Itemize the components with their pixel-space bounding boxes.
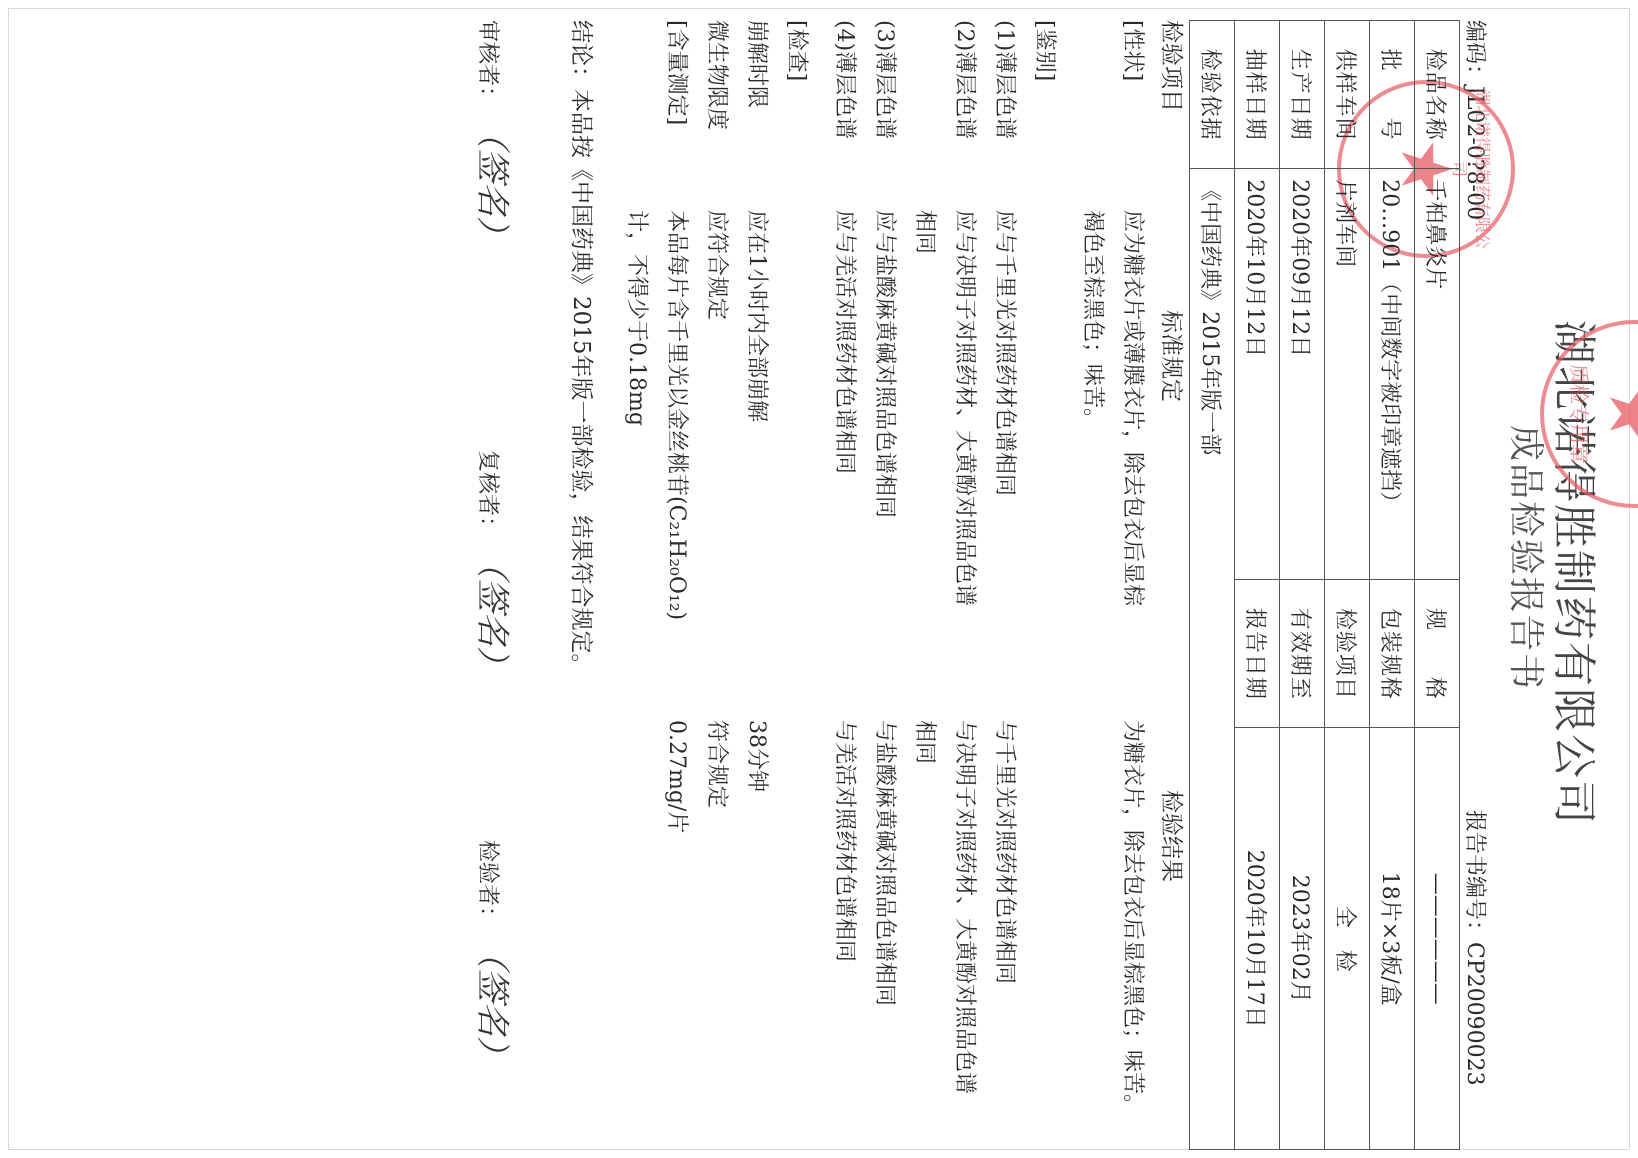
conclusion: 结论：本品按《中国药典》2015年版一部检验，结果符合规定。 [567, 20, 600, 677]
item-item: [性状] [1119, 20, 1150, 81]
meta-value: 全 检 [1325, 728, 1370, 1150]
item-item: [含量测定] [663, 20, 694, 125]
item-standard: 应与决明子对照药材、大黄酚对照品色谱 [951, 210, 982, 606]
meta-value: 2023年02月 [1280, 728, 1325, 1150]
meta-label: 规 格 [1415, 580, 1460, 728]
item-standard: 应与千里光对照药材色谱相同 [991, 210, 1022, 496]
document-title: 成品检验报告书 [1503, 425, 1554, 691]
item-standard: 应在1小时内全部崩解 [743, 210, 774, 422]
meta-value: 2020年10月17日 [1235, 728, 1280, 1150]
item-standard: 应与盐酸麻黄碱对照品色谱相同 [871, 210, 902, 518]
meta-value: 片剂车间 [1325, 169, 1370, 580]
item-result: 与决明子对照药材、大黄酚对照品色谱 [951, 720, 982, 1094]
star-icon: ★ [1593, 383, 1638, 446]
item-standard: 应与羌活对照药材色谱相同 [831, 210, 862, 474]
meta-label: 批 号 [1370, 21, 1415, 169]
item-result: 与千里光对照药材色谱相同 [991, 720, 1022, 984]
inspector-signature: 检验者：（签名） [471, 840, 520, 1070]
rechecker-signature: 复核者：（签名） [471, 450, 520, 680]
meta-row: 抽样日期2020年10月12日报告日期2020年10月17日 [1235, 21, 1280, 1150]
meta-label: 报告日期 [1235, 580, 1280, 728]
item-item: [检查] [783, 20, 814, 81]
item-standard: 相同 [911, 210, 942, 254]
item-standard: 计，不得少于0.18mg [623, 210, 654, 426]
meta-label: 有效期至 [1280, 580, 1325, 728]
column-header-standard: 标准规定 [1157, 310, 1190, 402]
item-item: (2)薄层色谱 [951, 20, 982, 139]
item-item: (1)薄层色谱 [991, 20, 1022, 139]
meta-row: 检品名称千柏鼻炎片规 格—————— [1415, 21, 1460, 1150]
item-result: 相同 [911, 720, 942, 764]
meta-value: 2020年10月12日 [1235, 169, 1280, 580]
meta-value: —————— [1415, 728, 1460, 1150]
item-item: (3)薄层色谱 [871, 20, 902, 139]
meta-row: 供样车间片剂车间检验项目全 检 [1325, 21, 1370, 1150]
meta-row: 生产日期2020年09月12日有效期至2023年02月 [1280, 21, 1325, 1150]
meta-table: 检品名称千柏鼻炎片规 格——————批 号20…901（中间数字被印章遮挡）包装… [1189, 20, 1460, 1150]
item-result: 与羌活对照药材色谱相同 [831, 720, 862, 962]
column-header-item: 检验项目 [1157, 20, 1190, 112]
report-number: 报告书编号：CP20090023 [1461, 810, 1492, 1086]
meta-label: 生产日期 [1280, 21, 1325, 169]
item-standard: 应为糖衣片或薄膜衣片，除去包衣后显棕 [1119, 210, 1150, 606]
item-result: 符合规定 [703, 720, 734, 808]
item-standard: 褐色至棕黑色；味苦。 [1079, 210, 1110, 430]
meta-value: 2020年09月12日 [1280, 169, 1325, 580]
meta-label: 供样车间 [1325, 21, 1370, 169]
meta-label: 包装规格 [1370, 580, 1415, 728]
item-item: [鉴别] [1031, 20, 1062, 81]
meta-label: 检验依据 [1190, 21, 1235, 169]
item-result: 0.27mg/片 [663, 720, 694, 833]
item-item: 崩解时限 [743, 20, 774, 108]
reviewer-signature: 审核者：（签名） [471, 20, 520, 250]
item-result: 与盐酸麻黄碱对照品色谱相同 [871, 720, 902, 1006]
item-result: 为糖衣片，除去包衣后显棕黑色；味苦。 [1119, 720, 1150, 1116]
meta-row: 批 号20…901（中间数字被印章遮挡）包装规格18片×3板/盒 [1370, 21, 1415, 1150]
meta-label: 检验项目 [1325, 580, 1370, 728]
meta-label: 抽样日期 [1235, 21, 1280, 169]
item-standard: 本品每片含千里光以金丝桃苷(C₂₁H₂₀O₁₂) [663, 210, 694, 620]
meta-value: 《中国药典》2015年版一部 [1190, 169, 1235, 1150]
report-page: 湖北诺得胜制药有限公司 成品检验报告书 编码：JL02-0?8-00 报告书编号… [10, 20, 1610, 1140]
column-header-result: 检验结果 [1157, 790, 1190, 882]
meta-row: 检验依据《中国药典》2015年版一部 [1190, 21, 1235, 1150]
item-item: (4)薄层色谱 [831, 20, 862, 139]
meta-label: 检品名称 [1415, 21, 1460, 169]
meta-value: 千柏鼻炎片 [1415, 169, 1460, 580]
meta-value: 18片×3板/盒 [1370, 728, 1415, 1150]
item-item: 微生物限度 [703, 20, 734, 130]
item-result: 38分钟 [743, 720, 774, 792]
item-standard: 应符合规定 [703, 210, 734, 320]
meta-value: 20…901（中间数字被印章遮挡） [1370, 169, 1415, 580]
